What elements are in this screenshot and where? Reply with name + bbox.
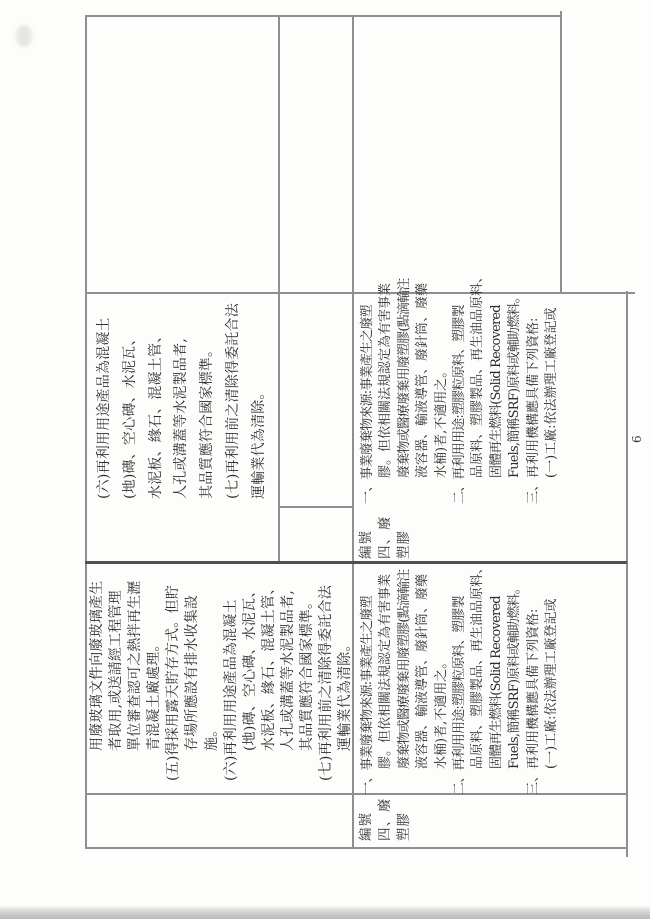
table-left-border [85, 848, 627, 850]
glass-tail-cell-middle: (六)再利用用途產品為混凝土(地)磚、空心磚、水泥瓦、水泥板、緣石、混凝土管、人… [92, 293, 273, 499]
pencil-smudge [16, 25, 32, 47]
text-line: 四、廢 [376, 513, 395, 559]
table-top-border [85, 15, 87, 849]
text-line: 者取用,或送請經工程管理 [107, 563, 126, 795]
text-line: 存場所應設有排水收集設 [183, 563, 202, 795]
text-line: 其品質應符合國家標準。 [298, 563, 317, 795]
text-line: 品原料、塑膠製品、再生油品原料、 [469, 293, 487, 504]
table-right-border [85, 15, 561, 17]
scanned-page: 用廢玻璃文件向廢玻璃產生者取用,或送請經工程管理單位審查認可之熱拌再生瀝青混凝土… [0, 0, 650, 919]
label-box-divider-middle [278, 507, 353, 509]
plastic-provisions-left: 一、事業廢棄物來源:事業產生之廢塑膠。但依相關法規認定為有害事業廢棄物或醫療廢棄… [359, 563, 561, 795]
text-line: (七)再利用前之清除得委託合法 [221, 293, 247, 499]
text-line: (六)再利用用途產品為混凝土 [92, 293, 118, 499]
text-line: 液容器、輸液導管、廢針筒、廢藥 [414, 563, 432, 795]
text-line: 三、再利用機構應具備下列資格: [525, 293, 543, 504]
text-line: 水泥板、緣石、混凝土管、 [260, 563, 279, 795]
text-line: 人孔或溝蓋等水泥製品者, [279, 563, 298, 795]
text-line: 廢棄物或醫療廢棄用廢塑膠(點滴輸注 [396, 293, 414, 504]
text-line: 液容器、輸液導管、廢針筒、廢藥 [414, 293, 432, 504]
text-line: 品原料、塑膠製品、再生油品原料、 [469, 563, 487, 795]
text-line: (五)得採用露天貯存方式。但貯 [164, 563, 183, 795]
page-number: 6 [630, 435, 644, 443]
text-line: 運輸業代為清除。 [336, 563, 355, 795]
left-mid-bottom-border [626, 291, 628, 857]
text-line: 水桶)者,不適用之。 [433, 293, 451, 504]
text-line: Fuels,簡稱SRF)原料或輔助燃料。 [506, 293, 524, 504]
text-line: 二、再利用用途:塑膠粒原料、塑膠製 [451, 563, 469, 795]
text-line: 塑膠 [395, 513, 414, 559]
right-group-bottom-border [560, 11, 562, 293]
text-line: 水泥板、緣石、混凝土管、 [144, 293, 170, 499]
text-line: 編號 [357, 513, 376, 559]
text-line: 固體再生燃料(Solid Recovered [488, 563, 506, 795]
text-line: (地)磚、空心磚、水泥瓦、 [241, 563, 260, 795]
text-line: 膠。但依相關法規認定為有害事業 [377, 563, 395, 795]
text-line: 單位審查認可之熱拌再生瀝 [126, 563, 145, 795]
text-line: 三、再利用機構應具備下列資格: [525, 563, 543, 795]
text-line: 水桶)者,不適用之。 [433, 563, 451, 795]
text-line: 一、事業廢棄物來源:事業產生之廢塑 [359, 293, 377, 504]
text-line: Fuels,簡稱SRF)原料或輔助燃料。 [506, 563, 524, 795]
text-line: 其品質應符合國家標準。 [195, 293, 221, 499]
text-line: 塑膠 [395, 795, 414, 841]
text-line: (一)工廠:依法辦理工廠登記或 [543, 563, 561, 795]
scan-edge-shadow [0, 905, 650, 919]
text-line: 固體再生燃料(Solid Recovered [488, 293, 506, 504]
plastic-provisions-middle: 一、事業廢棄物來源:事業產生之廢塑膠。但依相關法規認定為有害事業廢棄物或醫療廢棄… [359, 293, 561, 504]
entry-no4-label: 編號四、廢塑膠 [357, 795, 414, 841]
text-line: 運輸業代為清除。 [247, 293, 273, 499]
text-line: (地)磚、空心磚、水泥瓦、 [118, 293, 144, 499]
text-line: 用廢玻璃文件向廢玻璃產生 [88, 563, 107, 795]
text-line: 廢棄物或醫療廢棄用廢塑膠(點滴輸注 [396, 563, 414, 795]
text-line: 青混凝土廠處理。 [145, 563, 164, 795]
text-line: 四、廢 [376, 795, 395, 841]
glass-continuation-cell: 用廢玻璃文件向廢玻璃產生者取用,或送請經工程管理單位審查認可之熱拌再生瀝青混凝土… [88, 563, 355, 795]
row-divider-mid-right [278, 15, 280, 562]
entry-no4-label-middle: 編號四、廢塑膠 [357, 513, 414, 559]
text-line: (七)再利用前之清除得委託合法 [317, 563, 336, 795]
text-line: 人孔或溝蓋等水泥製品者, [169, 293, 195, 499]
rotated-table-sheet: 用廢玻璃文件向廢玻璃產生者取用,或送請經工程管理單位審查認可之熱拌再生瀝青混凝土… [0, 0, 650, 919]
text-line: 膠。但依相關法規認定為有害事業 [377, 293, 395, 504]
text-line: 編號 [357, 795, 376, 841]
text-line: 二、再利用用途:塑膠粒原料、塑膠製 [451, 293, 469, 504]
text-line: (一)工廠:依法辦理工廠登記或 [543, 293, 561, 504]
text-line: 一、事業廢棄物來源:事業產生之廢塑 [359, 563, 377, 795]
text-line: 施。 [203, 563, 222, 795]
text-line: (六)再利用用途產品為混凝土 [222, 563, 241, 795]
